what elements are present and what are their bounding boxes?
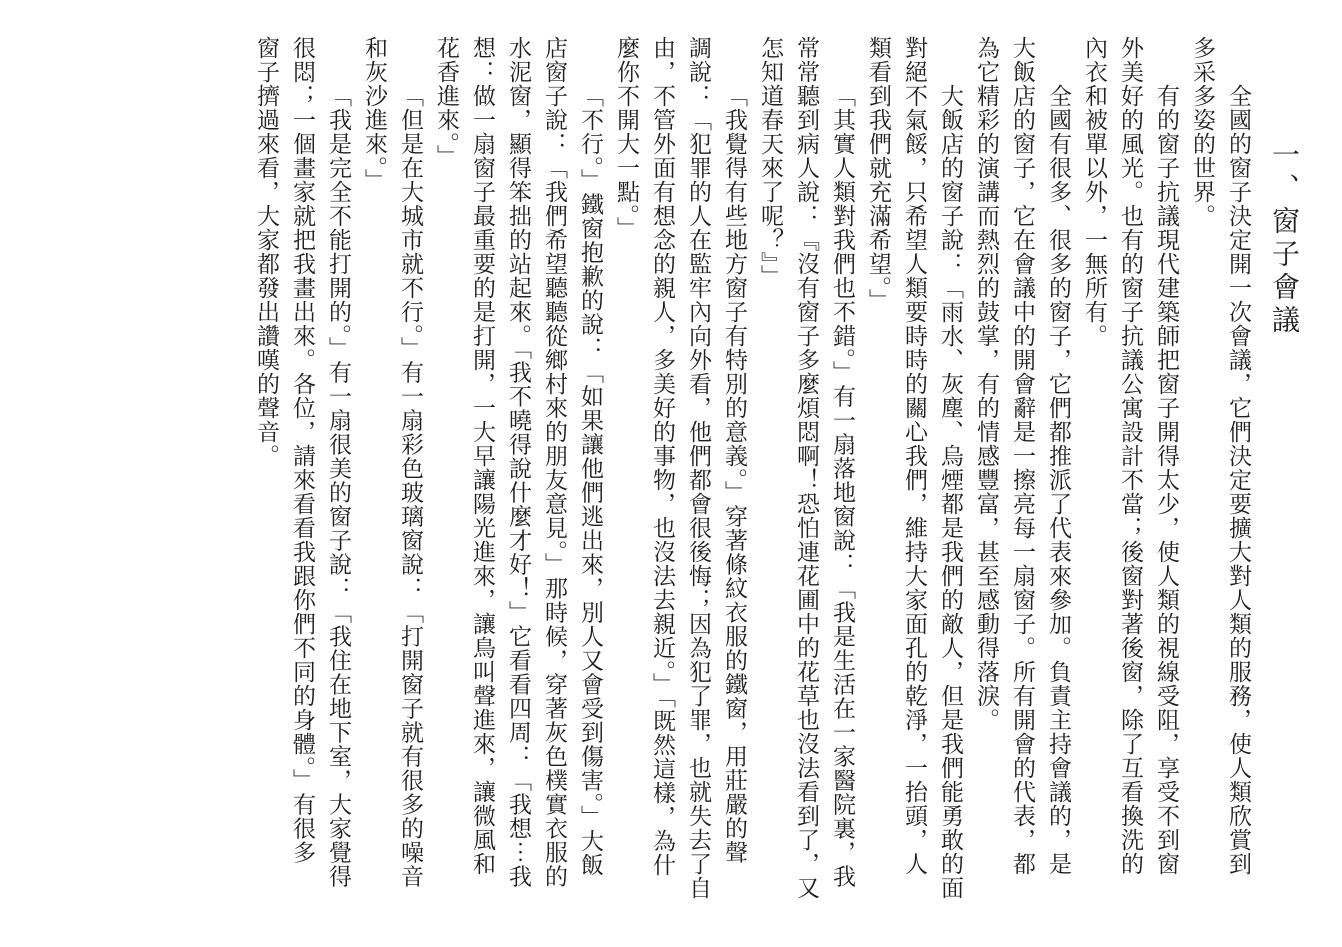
text-column: 為它精彩的演講而熱烈的鼓掌，有的情感豐富，甚至感動得落淚。: [968, 36, 1004, 912]
text-column: 「不行。」鐵窗抱歉的說：「如果讓他們逃出來，別人又會受到傷害。」大飯: [572, 36, 608, 912]
vertical-text-block: 一、窗子會議 全國的窗子決定開一次會議，它們決定要擴大對人類的服務，使人類欣賞到…: [248, 36, 1306, 912]
text-column: 外美好的風光。也有的窗子抗議公寓設計不當；後窗對著後窗，除了互看換洗的: [1112, 36, 1148, 912]
text-column: 由，不管外面有想念的親人，多美好的事物，也沒法去親近。」「既然這樣，為什: [644, 36, 680, 912]
text-column: 大飯店的窗子，它在會議中的開會辭是一擦亮每一扇窗子。所有開會的代表，都: [1004, 36, 1040, 912]
text-column: 窗子擠過來看，大家都發出讚嘆的聲音。: [248, 36, 284, 912]
text-column: 常常聽到病人說：『沒有窗子多麼煩悶啊！恐怕連花圃中的花草也沒法看到了，又: [788, 36, 824, 912]
text-column: 和灰沙進來。」: [356, 36, 392, 912]
text-column: 大飯店的窗子說：「雨水、灰塵、烏煙都是我們的敵人，但是我們能勇敢的面: [932, 36, 968, 912]
text-column: 麼你不開大一點。」: [608, 36, 644, 912]
text-column: 內衣和被單以外，一無所有。: [1076, 36, 1112, 912]
text-column: 全國有很多、很多的窗子，它們都推派了代表來參加。負責主持會議的，是: [1040, 36, 1076, 912]
text-column: 全國的窗子決定開一次會議，它們決定要擴大對人類的服務，使人類欣賞到: [1220, 36, 1256, 912]
text-column: 對絕不氣餒，只希望人類要時時的關心我們，維持大家面孔的乾淨，一抬頭，人: [896, 36, 932, 912]
text-column: 很悶；一個畫家就把我畫出來。各位，請來看看我跟你們不同的身體。」有很多: [284, 36, 320, 912]
text-column: 「我覺得有些地方窗子有特別的意義。」穿著條紋衣服的鐵窗，用莊嚴的聲: [716, 36, 752, 912]
text-column: 水泥窗，顯得笨拙的站起來。「我不曉得說什麼才好！」它看看四周：「我想⋯我: [500, 36, 536, 912]
text-column: 「但是在大城市就不行。」有一扇彩色玻璃窗說：「打開窗子就有很多的噪音: [392, 36, 428, 912]
text-column: 多采多姿的世界。: [1184, 36, 1220, 912]
text-column: 調說：「犯罪的人在監牢內向外看，他們都會很後悔；因為犯了罪，也就失去了自: [680, 36, 716, 912]
text-column: 花香進來。」: [428, 36, 464, 912]
text-column: 有的窗子抗議現代建築師把窗子開得太少，使人類的視線受阻，享受不到窗: [1148, 36, 1184, 912]
text-column: 「其實人類對我們也不錯。」有一扇落地窗說：「我是生活在一家醫院裏，我: [824, 36, 860, 912]
text-column: 想：做一扇窗子最重要的是打開，一大早讓陽光進來，讓鳥叫聲進來，讓微風和: [464, 36, 500, 912]
text-column: 店窗子說：「我們希望聽聽從鄉村來的朋友意見。」那時候，穿著灰色樸實衣服的: [536, 36, 572, 912]
text-column: 怎知道春天來了呢？』」: [752, 36, 788, 912]
text-column: 「我是完全不能打開的。」有一扇很美的窗子說：「我住在地下室，大家覺得: [320, 36, 356, 912]
text-column: 類看到我們就充滿希望。」: [860, 36, 896, 912]
page-title: 一、窗子會議: [1260, 36, 1306, 912]
book-page: 一、窗子會議 全國的窗子決定開一次會議，它們決定要擴大對人類的服務，使人類欣賞到…: [0, 0, 1342, 947]
